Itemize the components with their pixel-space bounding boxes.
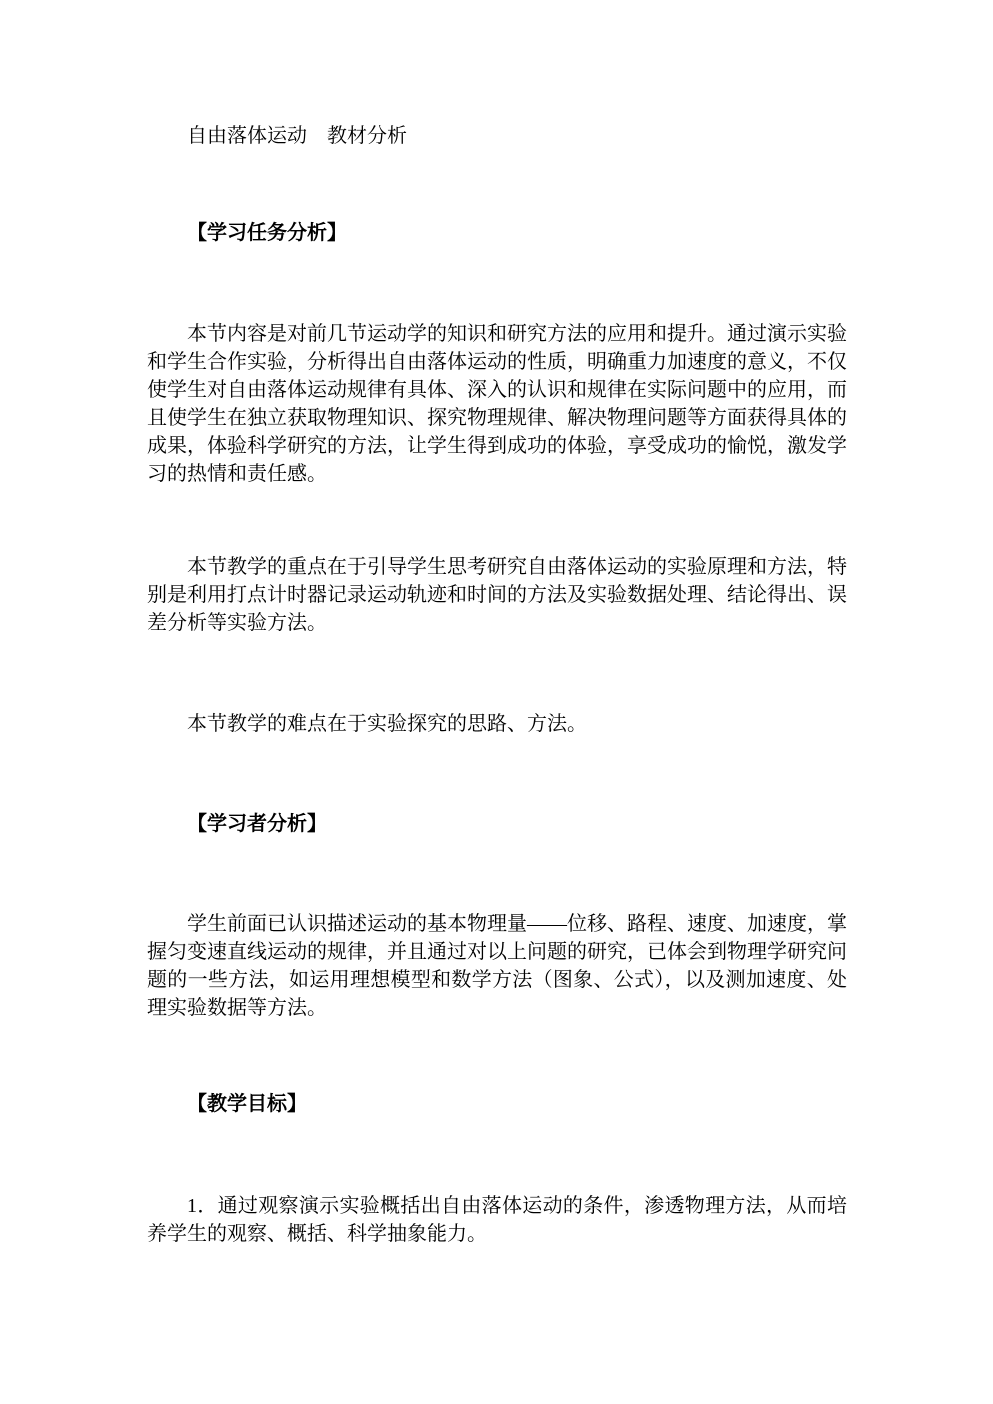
paragraph-goal-item-1: 1．通过观察演示实验概括出自由落体运动的条件，渗透物理方法，从而培养学生的观察、… [147, 1192, 847, 1248]
paragraph-teaching-key-points: 本节教学的重点在于引导学生思考研究自由落体运动的实验原理和方法，特别是利用打点计… [147, 553, 847, 637]
paragraph-section-content: 本节内容是对前几节运动学的知识和研究方法的应用和提升。通过演示实验和学生合作实验… [147, 320, 847, 488]
section-heading-learner-analysis: 【学习者分析】 [147, 810, 847, 838]
section-heading-teaching-goals: 【教学目标】 [147, 1090, 847, 1118]
paragraph-learner-background: 学生前面已认识描述运动的基本物理量——位移、路程、速度、加速度，掌握匀变速直线运… [147, 910, 847, 1022]
document-page: 自由落体运动 教材分析 【学习任务分析】 本节内容是对前几节运动学的知识和研究方… [0, 0, 993, 1404]
document-content: 自由落体运动 教材分析 【学习任务分析】 本节内容是对前几节运动学的知识和研究方… [147, 0, 847, 1248]
document-title: 自由落体运动 教材分析 [147, 122, 847, 150]
paragraph-teaching-difficulties: 本节教学的难点在于实验探究的思路、方法。 [147, 710, 847, 738]
section-heading-learning-task-analysis: 【学习任务分析】 [147, 219, 847, 247]
